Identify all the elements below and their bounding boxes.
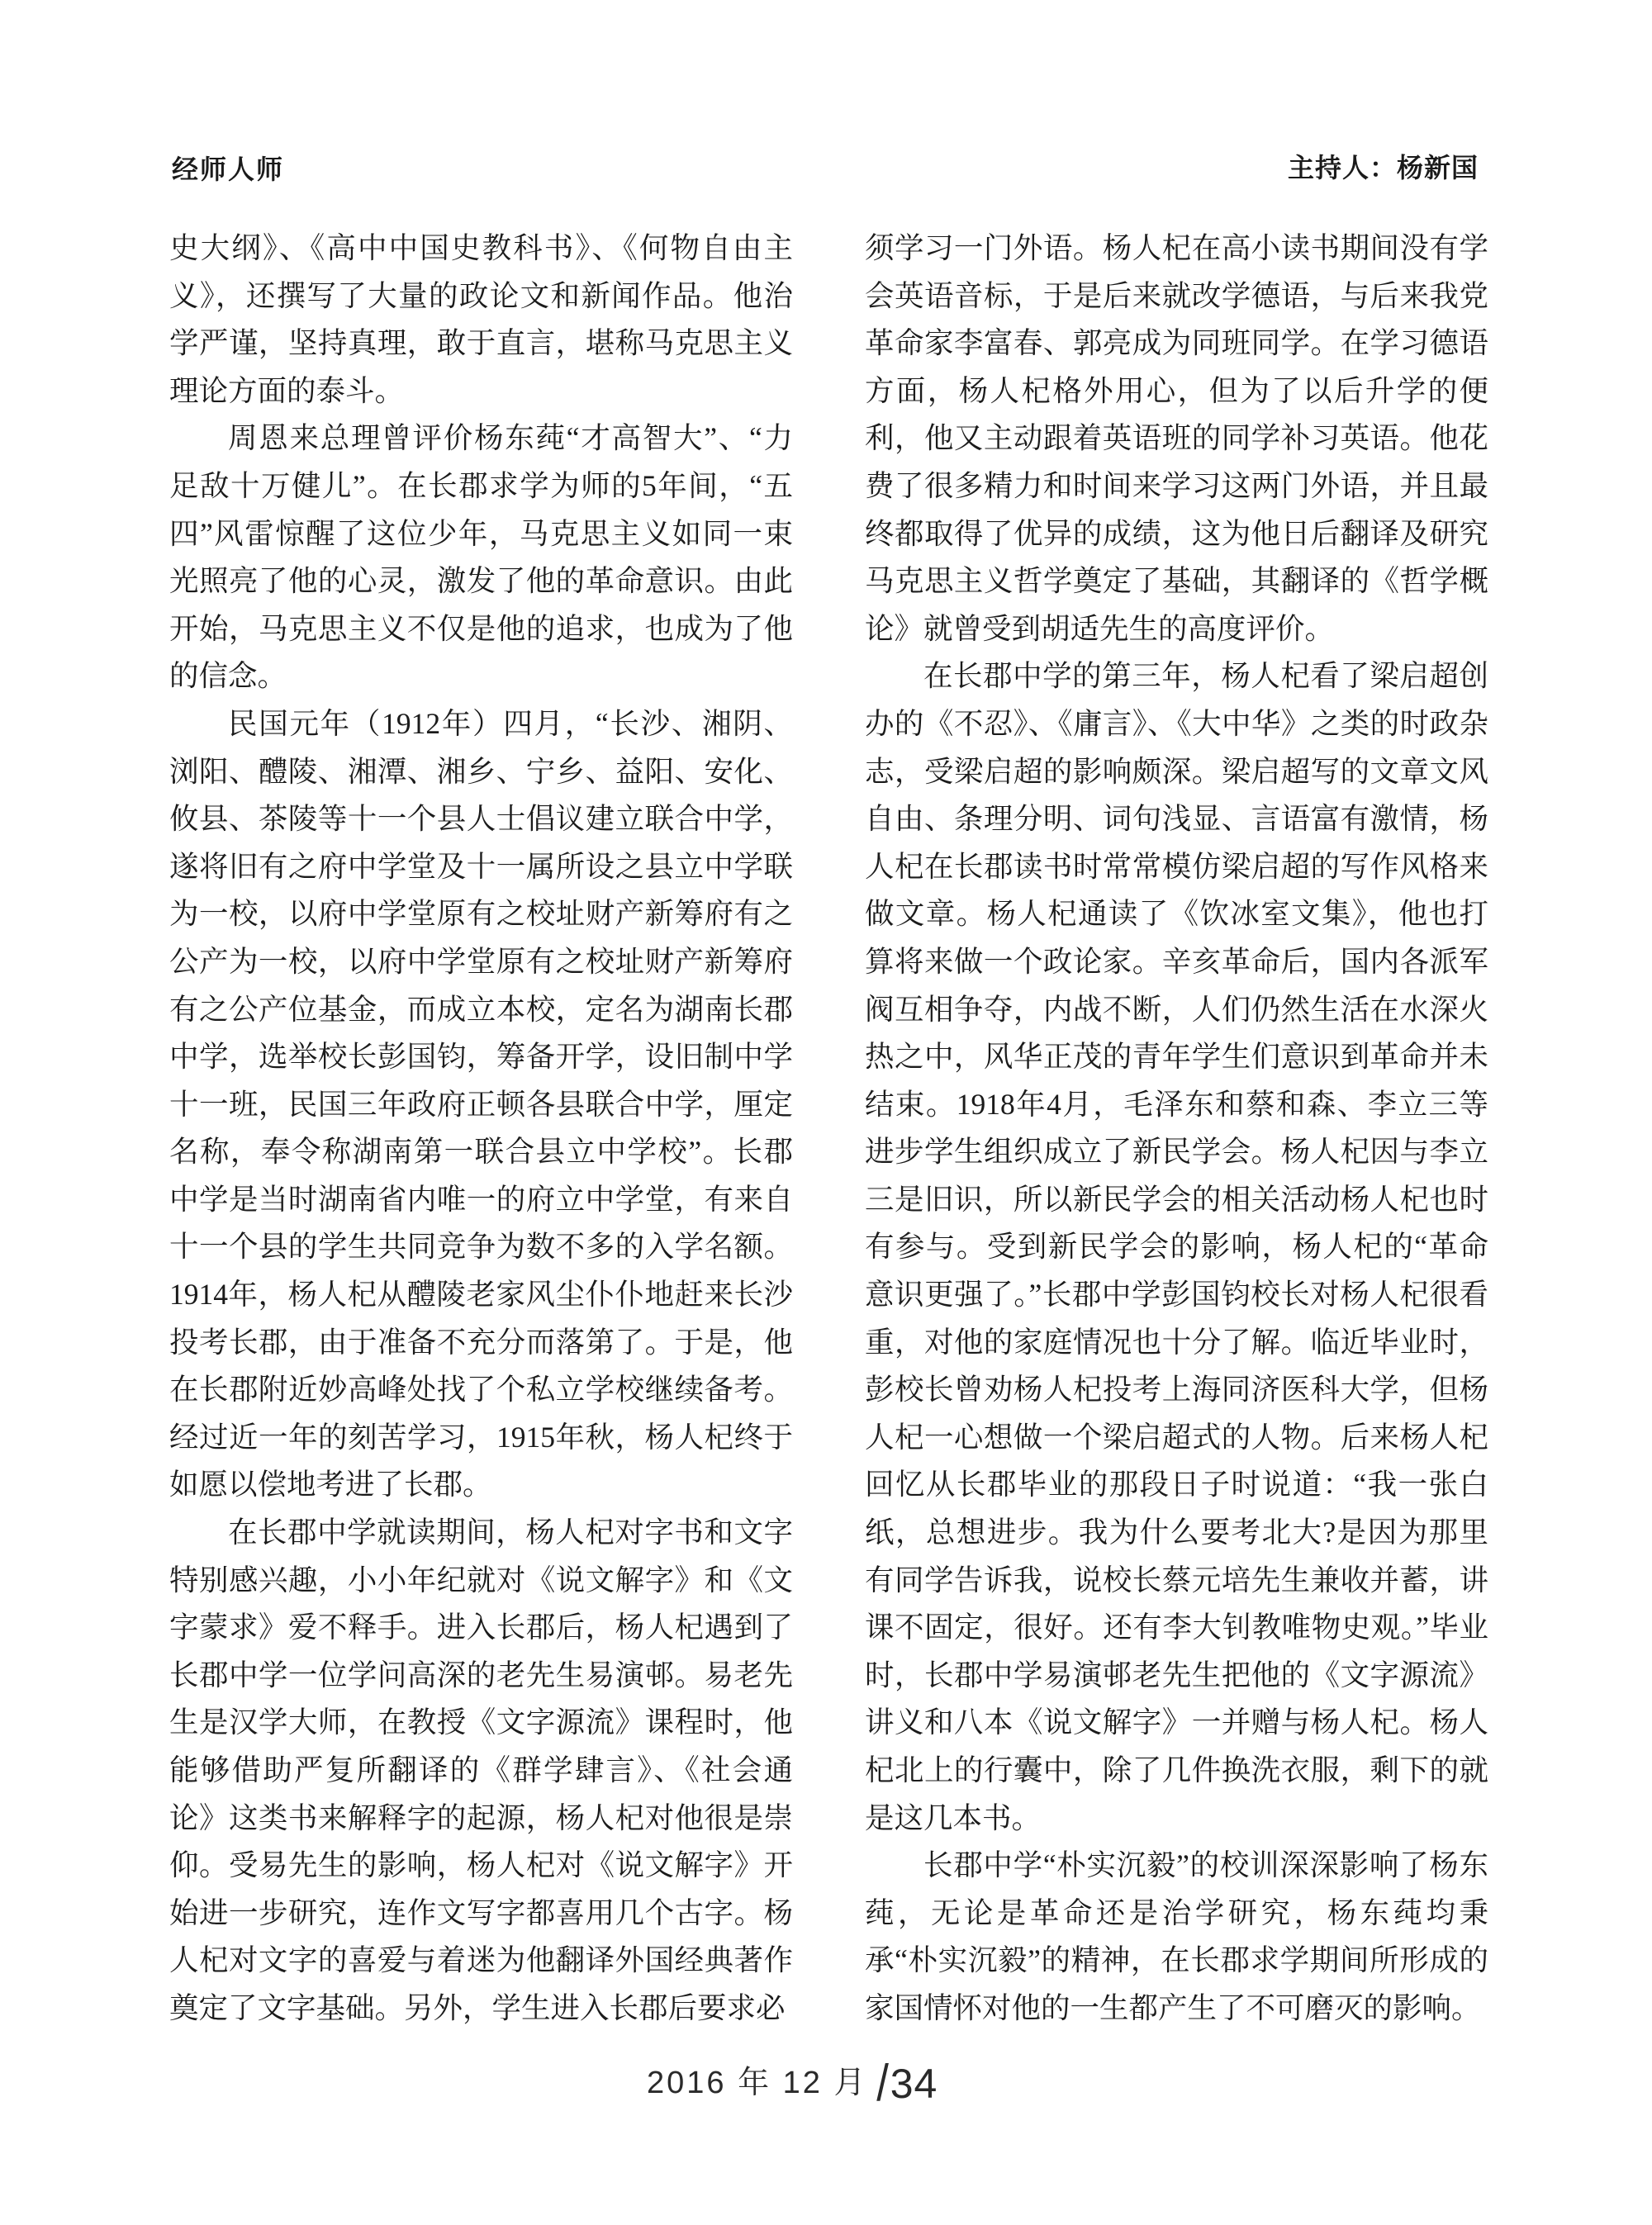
paragraph-left-2: 周恩来总理曾评价杨东莼“才高智大”、“力足敌十万健儿”。在长郡求学为师的5年间，… <box>169 415 793 700</box>
page-number: 34 <box>890 2060 938 2108</box>
left-column: 史大纲》、《高中中国史教科书》、《何物自由主义》，还撰写了大量的政论文和新闻作品… <box>169 225 793 2033</box>
right-column: 须学习一门外语。杨人杞在高小读书期间没有学会英语音标，于是后来就改学德语，与后来… <box>865 225 1488 2033</box>
paragraph-left-1: 史大纲》、《高中中国史教科书》、《何物自由主义》，还撰写了大量的政论文和新闻作品… <box>169 225 793 415</box>
magazine-page: 经师人师 主持人：杨新国 史大纲》、《高中中国史教科书》、《何物自由主义》，还撰… <box>0 0 1652 2225</box>
paragraph-left-3: 民国元年（1912年）四月，“长沙、湘阴、浏阳、醴陵、湘潭、湘乡、宁乡、益阳、安… <box>169 700 793 1509</box>
paragraph-right-2: 在长郡中学的第三年，杨人杞看了梁启超创办的《不忍》、《庸言》、《大中华》之类的时… <box>865 652 1488 1842</box>
page-footer: 2016 年 12 月 / 34 <box>647 2058 938 2108</box>
paragraph-right-1: 须学习一门外语。杨人杞在高小读书期间没有学会英语音标，于是后来就改学德语，与后来… <box>865 225 1488 652</box>
host-credit: 主持人：杨新国 <box>1288 147 1479 185</box>
section-title: 经师人师 <box>172 149 284 187</box>
slash-divider: / <box>877 2058 890 2109</box>
issue-date: 2016 年 12 月 <box>647 2058 867 2108</box>
paragraph-right-3: 长郡中学“朴实沉毅”的校训深深影响了杨东莼，无论是革命还是治学研究，杨东莼均秉承… <box>865 1842 1488 2032</box>
paragraph-left-4: 在长郡中学就读期间，杨人杞对字书和文字特别感兴趣，小小年纪就对《说文解字》和《文… <box>169 1509 793 2033</box>
